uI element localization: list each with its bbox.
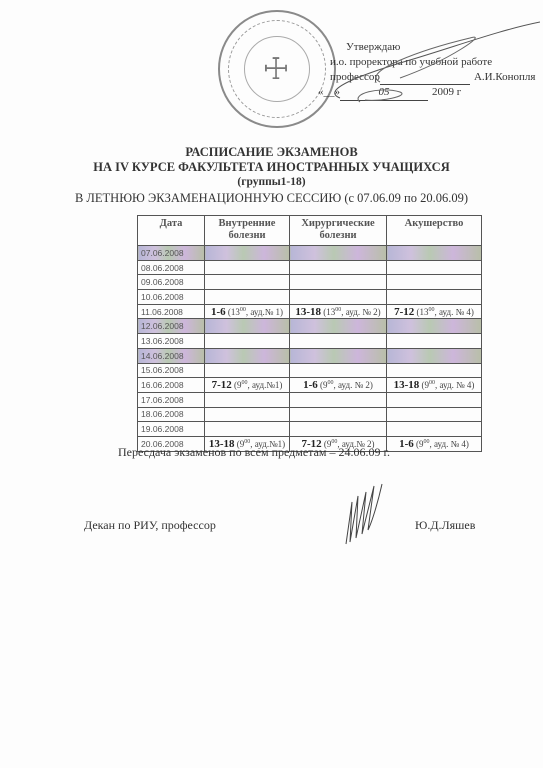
exam-cell: 7-12 (900, ауд.№1) xyxy=(205,378,290,393)
exam-cell xyxy=(205,422,290,437)
approval-title: профессор xyxy=(330,70,380,85)
date-cell: 11.06.2008 xyxy=(138,304,205,319)
retake-note: Пересдача экзаменов по всем предметам – … xyxy=(118,445,390,460)
exam-groups: 1-6 xyxy=(303,379,318,391)
exam-cell xyxy=(205,246,290,261)
title-groups: (группы1-18) xyxy=(0,175,543,190)
table-row: 10.06.2008 xyxy=(138,290,482,305)
exam-groups: 7-12 xyxy=(394,306,414,318)
date-cell: 10.06.2008 xyxy=(138,290,205,305)
approval-heading: Утверждаю xyxy=(288,40,535,55)
exam-cell xyxy=(290,363,387,378)
exam-cell xyxy=(387,348,482,363)
exam-cell: 7-12 (1300, ауд. № 4) xyxy=(387,304,482,319)
exam-cell xyxy=(387,290,482,305)
exam-cell xyxy=(290,260,387,275)
approver-name: А.И.Конопля xyxy=(474,70,536,85)
exam-cell xyxy=(290,275,387,290)
table-row: 11.06.20081-6 (1300, ауд.№ 1)13-18 (1300… xyxy=(138,304,482,319)
exam-cell: 1-6 (900, ауд. № 2) xyxy=(290,378,387,393)
exam-cell xyxy=(387,407,482,422)
header-obstetrics: Акушерство xyxy=(387,216,482,246)
table-row: 07.06.2008 xyxy=(138,246,482,261)
exam-cell xyxy=(387,275,482,290)
table-row: 19.06.2008 xyxy=(138,422,482,437)
exam-cell xyxy=(290,290,387,305)
exam-time-minutes: 00 xyxy=(244,439,250,445)
exam-cell xyxy=(205,407,290,422)
date-cell: 12.06.2008 xyxy=(138,319,205,334)
exam-cell xyxy=(290,422,387,437)
exam-time-minutes: 00 xyxy=(335,307,341,313)
table-header-row: Дата Внутренние болезни Хирургические бо… xyxy=(138,216,482,246)
date-cell: 13.06.2008 xyxy=(138,334,205,349)
exam-room: ауд. № 4 xyxy=(440,380,472,390)
approval-year: 2009 г xyxy=(432,85,461,101)
exam-cell xyxy=(205,275,290,290)
table-row: 15.06.2008 xyxy=(138,363,482,378)
header-surgical-diseases: Хирургические болезни xyxy=(290,216,387,246)
exam-time: 13 xyxy=(326,307,335,317)
exam-groups: 13-18 xyxy=(295,306,321,318)
exam-groups: 13-18 xyxy=(394,379,420,391)
exam-time-minutes: 00 xyxy=(240,307,246,313)
exam-time: 13 xyxy=(231,307,240,317)
exam-time-minutes: 00 xyxy=(429,307,435,313)
table-row: 16.06.20087-12 (900, ауд.№1)1-6 (900, ау… xyxy=(138,378,482,393)
date-cell: 18.06.2008 xyxy=(138,407,205,422)
date-cell: 15.06.2008 xyxy=(138,363,205,378)
dean-name: Ю.Д.Ляшев xyxy=(415,518,475,533)
table-row: 17.06.2008 xyxy=(138,392,482,407)
dean-signature-icon xyxy=(338,482,388,552)
exam-cell: 13-18 (1300, ауд. № 2) xyxy=(290,304,387,319)
exam-time-minutes: 00 xyxy=(328,380,334,386)
header-date: Дата xyxy=(138,216,205,246)
exam-room: ауд. № 4 xyxy=(439,307,471,317)
table-row: 13.06.2008 xyxy=(138,334,482,349)
date-cell: 07.06.2008 xyxy=(138,246,205,261)
exam-cell: 13-18 (900, ауд. № 4) xyxy=(387,378,482,393)
exam-cell xyxy=(387,363,482,378)
exam-room: ауд. № 4 xyxy=(434,439,466,449)
date-cell: 08.06.2008 xyxy=(138,260,205,275)
exam-cell xyxy=(290,392,387,407)
exam-cell xyxy=(205,290,290,305)
exam-groups: 1-6 xyxy=(399,438,414,450)
exam-room: ауд.№ 1 xyxy=(250,307,280,317)
table-row: 09.06.2008 xyxy=(138,275,482,290)
header-internal-diseases: Внутренние болезни xyxy=(205,216,290,246)
table-row: 14.06.2008 xyxy=(138,348,482,363)
exam-cell xyxy=(205,392,290,407)
signature-line xyxy=(380,70,470,85)
approval-block: Утверждаю и.о. проректора по учебной раб… xyxy=(288,40,535,101)
exam-cell xyxy=(205,363,290,378)
exam-cell xyxy=(387,392,482,407)
exam-cell xyxy=(387,260,482,275)
exam-cell: 1-6 (900, ауд. № 4) xyxy=(387,436,482,451)
approval-day: «__» xyxy=(318,85,340,101)
exam-cell xyxy=(387,422,482,437)
date-cell: 19.06.2008 xyxy=(138,422,205,437)
date-cell: 16.06.2008 xyxy=(138,378,205,393)
exam-time-minutes: 00 xyxy=(424,439,430,445)
exam-cell xyxy=(387,319,482,334)
exam-cell xyxy=(290,334,387,349)
exam-cell xyxy=(387,246,482,261)
exam-schedule-table: Дата Внутренние болезни Хирургические бо… xyxy=(137,215,482,452)
exam-cell xyxy=(205,319,290,334)
exam-time-minutes: 00 xyxy=(331,439,337,445)
exam-cell xyxy=(290,246,387,261)
exam-cell: 1-6 (1300, ауд.№ 1) xyxy=(205,304,290,319)
exam-time-minutes: 00 xyxy=(429,380,435,386)
date-cell: 17.06.2008 xyxy=(138,392,205,407)
table-row: 18.06.2008 xyxy=(138,407,482,422)
table-row: 08.06.2008 xyxy=(138,260,482,275)
exam-groups: 7-12 xyxy=(212,379,232,391)
exam-cell xyxy=(290,407,387,422)
title-line-2: НА IV КУРСЕ ФАКУЛЬТЕТА ИНОСТРАННЫХ УЧАЩИ… xyxy=(0,160,543,175)
exam-cell xyxy=(205,348,290,363)
title-line-1: РАСПИСАНИЕ ЭКЗАМЕНОВ xyxy=(0,145,543,160)
exam-cell xyxy=(205,260,290,275)
date-cell: 09.06.2008 xyxy=(138,275,205,290)
exam-time: 13 xyxy=(420,307,429,317)
dean-title: Декан по РИУ, профессор xyxy=(84,518,216,533)
exam-cell xyxy=(290,319,387,334)
exam-room: ауд. № 2 xyxy=(338,380,370,390)
approval-position: и.о. проректора по учебной работе xyxy=(288,55,535,70)
title-session: В ЛЕТНЮЮ ЭКЗАМЕНАЦИОННУЮ СЕССИЮ (с 07.06… xyxy=(0,190,543,206)
exam-room: ауд. № 2 xyxy=(346,307,378,317)
exam-time-minutes: 00 xyxy=(242,380,248,386)
exam-cell xyxy=(205,334,290,349)
date-cell: 14.06.2008 xyxy=(138,348,205,363)
exam-cell xyxy=(290,348,387,363)
exam-cell xyxy=(387,334,482,349)
exam-groups: 1-6 xyxy=(211,306,226,318)
table-row: 12.06.2008 xyxy=(138,319,482,334)
exam-room: ауд.№1 xyxy=(252,380,279,390)
approval-month: 05 xyxy=(340,85,428,101)
document-title: РАСПИСАНИЕ ЭКЗАМЕНОВ НА IV КУРСЕ ФАКУЛЬТ… xyxy=(0,145,543,206)
